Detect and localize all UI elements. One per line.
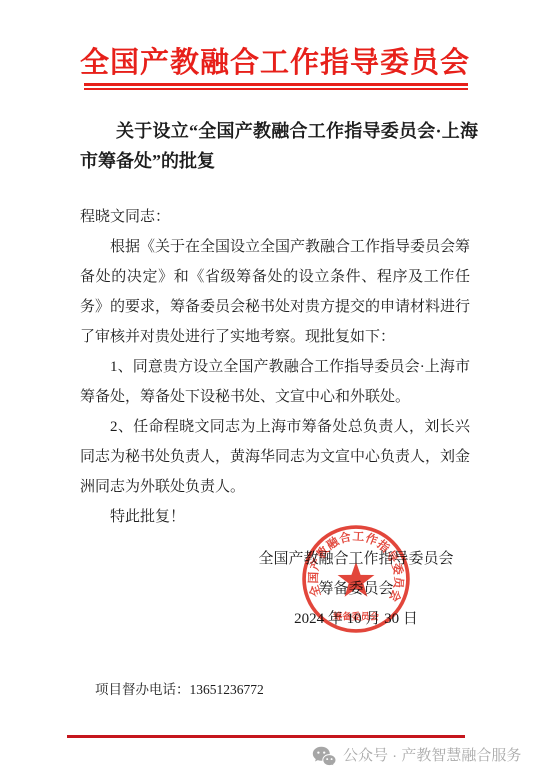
project-supervision-phone: 项目督办电话：13651236772: [95, 681, 264, 699]
wechat-icon: [312, 746, 336, 767]
paragraph-item-2: 2、任命程晓文同志为上海市筹备处总负责人，刘长兴同志为秘书处负责人，黄海华同志为…: [80, 412, 470, 502]
letterhead-divider: [84, 83, 468, 90]
letterhead-org-name: 全国产教融合工作指导委员会: [0, 46, 550, 80]
letterhead-divider-thick-line: [84, 83, 468, 86]
official-seal-stamp: 全国产教融合工作指导委员会 筹备委员会: [300, 523, 412, 635]
bottom-red-divider: [67, 735, 465, 738]
wechat-account-footer: 公众号 · 产教智慧融合服务: [312, 745, 521, 767]
document-body: 程晓文同志： 根据《关于在全国设立全国产教融合工作指导委员会筹备处的决定》和《省…: [80, 202, 470, 532]
salutation: 程晓文同志：: [80, 202, 470, 232]
document-title: 关于设立“全国产教融合工作指导委员会·上海市筹备处”的批复: [80, 116, 478, 176]
letterhead-divider-thin-line: [84, 88, 468, 90]
wechat-account-label: 公众号 · 产教智慧融合服务: [343, 745, 521, 767]
paragraph-item-1: 1、同意贵方设立全国产教融合工作指导委员会·上海市筹备处，筹备处下设秘书处、文宣…: [80, 352, 470, 412]
stamp-star-icon: [338, 562, 375, 597]
official-approval-document: 全国产教融合工作指导委员会 关于设立“全国产教融合工作指导委员会·上海市筹备处”…: [0, 0, 550, 776]
paragraph-basis: 根据《关于在全国设立全国产教融合工作指导委员会筹备处的决定》和《省级筹备处的设立…: [80, 232, 470, 352]
stamp-bottom-text: 筹备委员会: [333, 611, 380, 622]
